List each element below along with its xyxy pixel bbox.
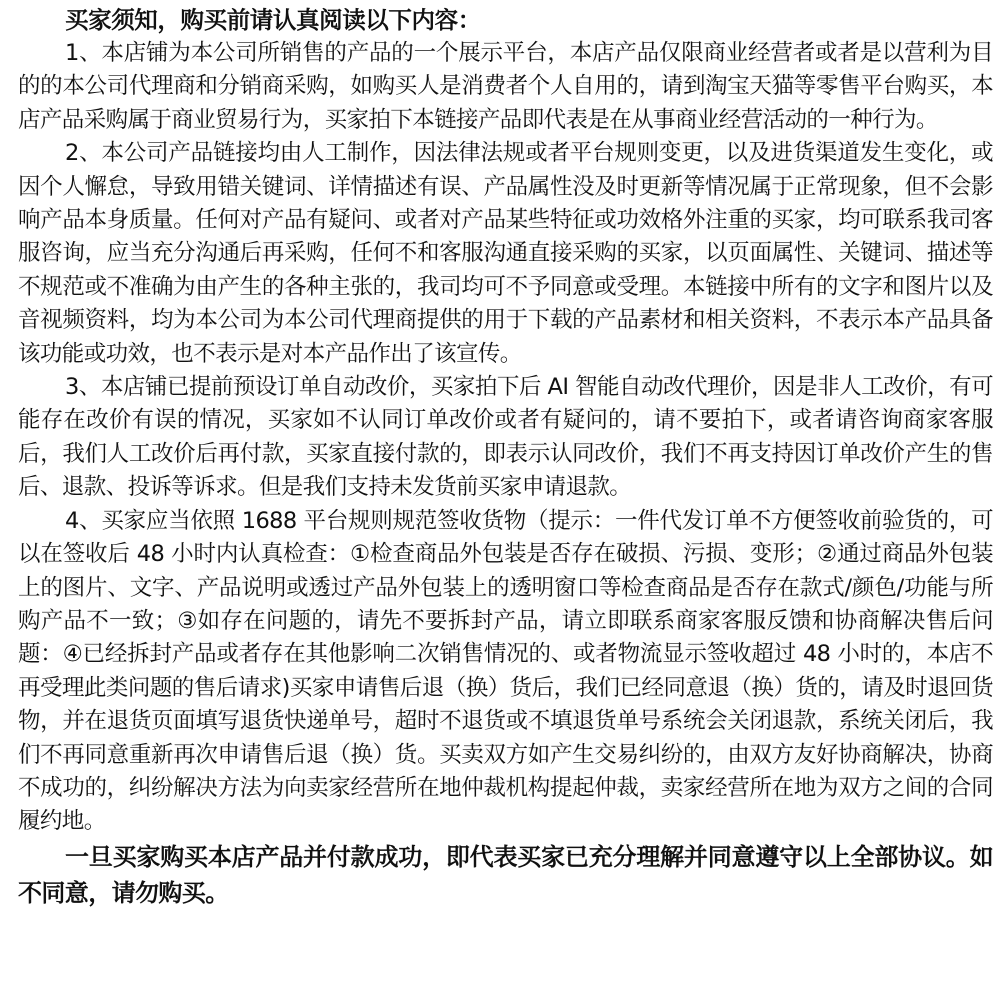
clause-4: 4、买家应当依照 1688 平台规则规范签收货物（提示：一件代发订单不方便签收前… [18, 505, 993, 839]
buyer-notice-document: 买家须知，购买前请认真阅读以下内容： 1、本店铺为本公司所销售的产品的一个展示平… [18, 4, 993, 911]
clause-1: 1、本店铺为本公司所销售的产品的一个展示平台，本店产品仅限商业经营者或者是以营利… [18, 37, 993, 137]
clause-2: 2、本公司产品链接均由人工制作，因法律法规或者平台规则变更，以及进货渠道发生变化… [18, 137, 993, 371]
clause-3: 3、本店铺已提前预设订单自动改价，买家拍下后 AI 智能自动改代理价，因是非人工… [18, 371, 993, 505]
closing-statement: 一旦买家购买本店产品并付款成功，即代表买家已充分理解并同意遵守以上全部协议。如不… [18, 839, 993, 911]
notice-heading: 买家须知，购买前请认真阅读以下内容： [18, 4, 993, 37]
